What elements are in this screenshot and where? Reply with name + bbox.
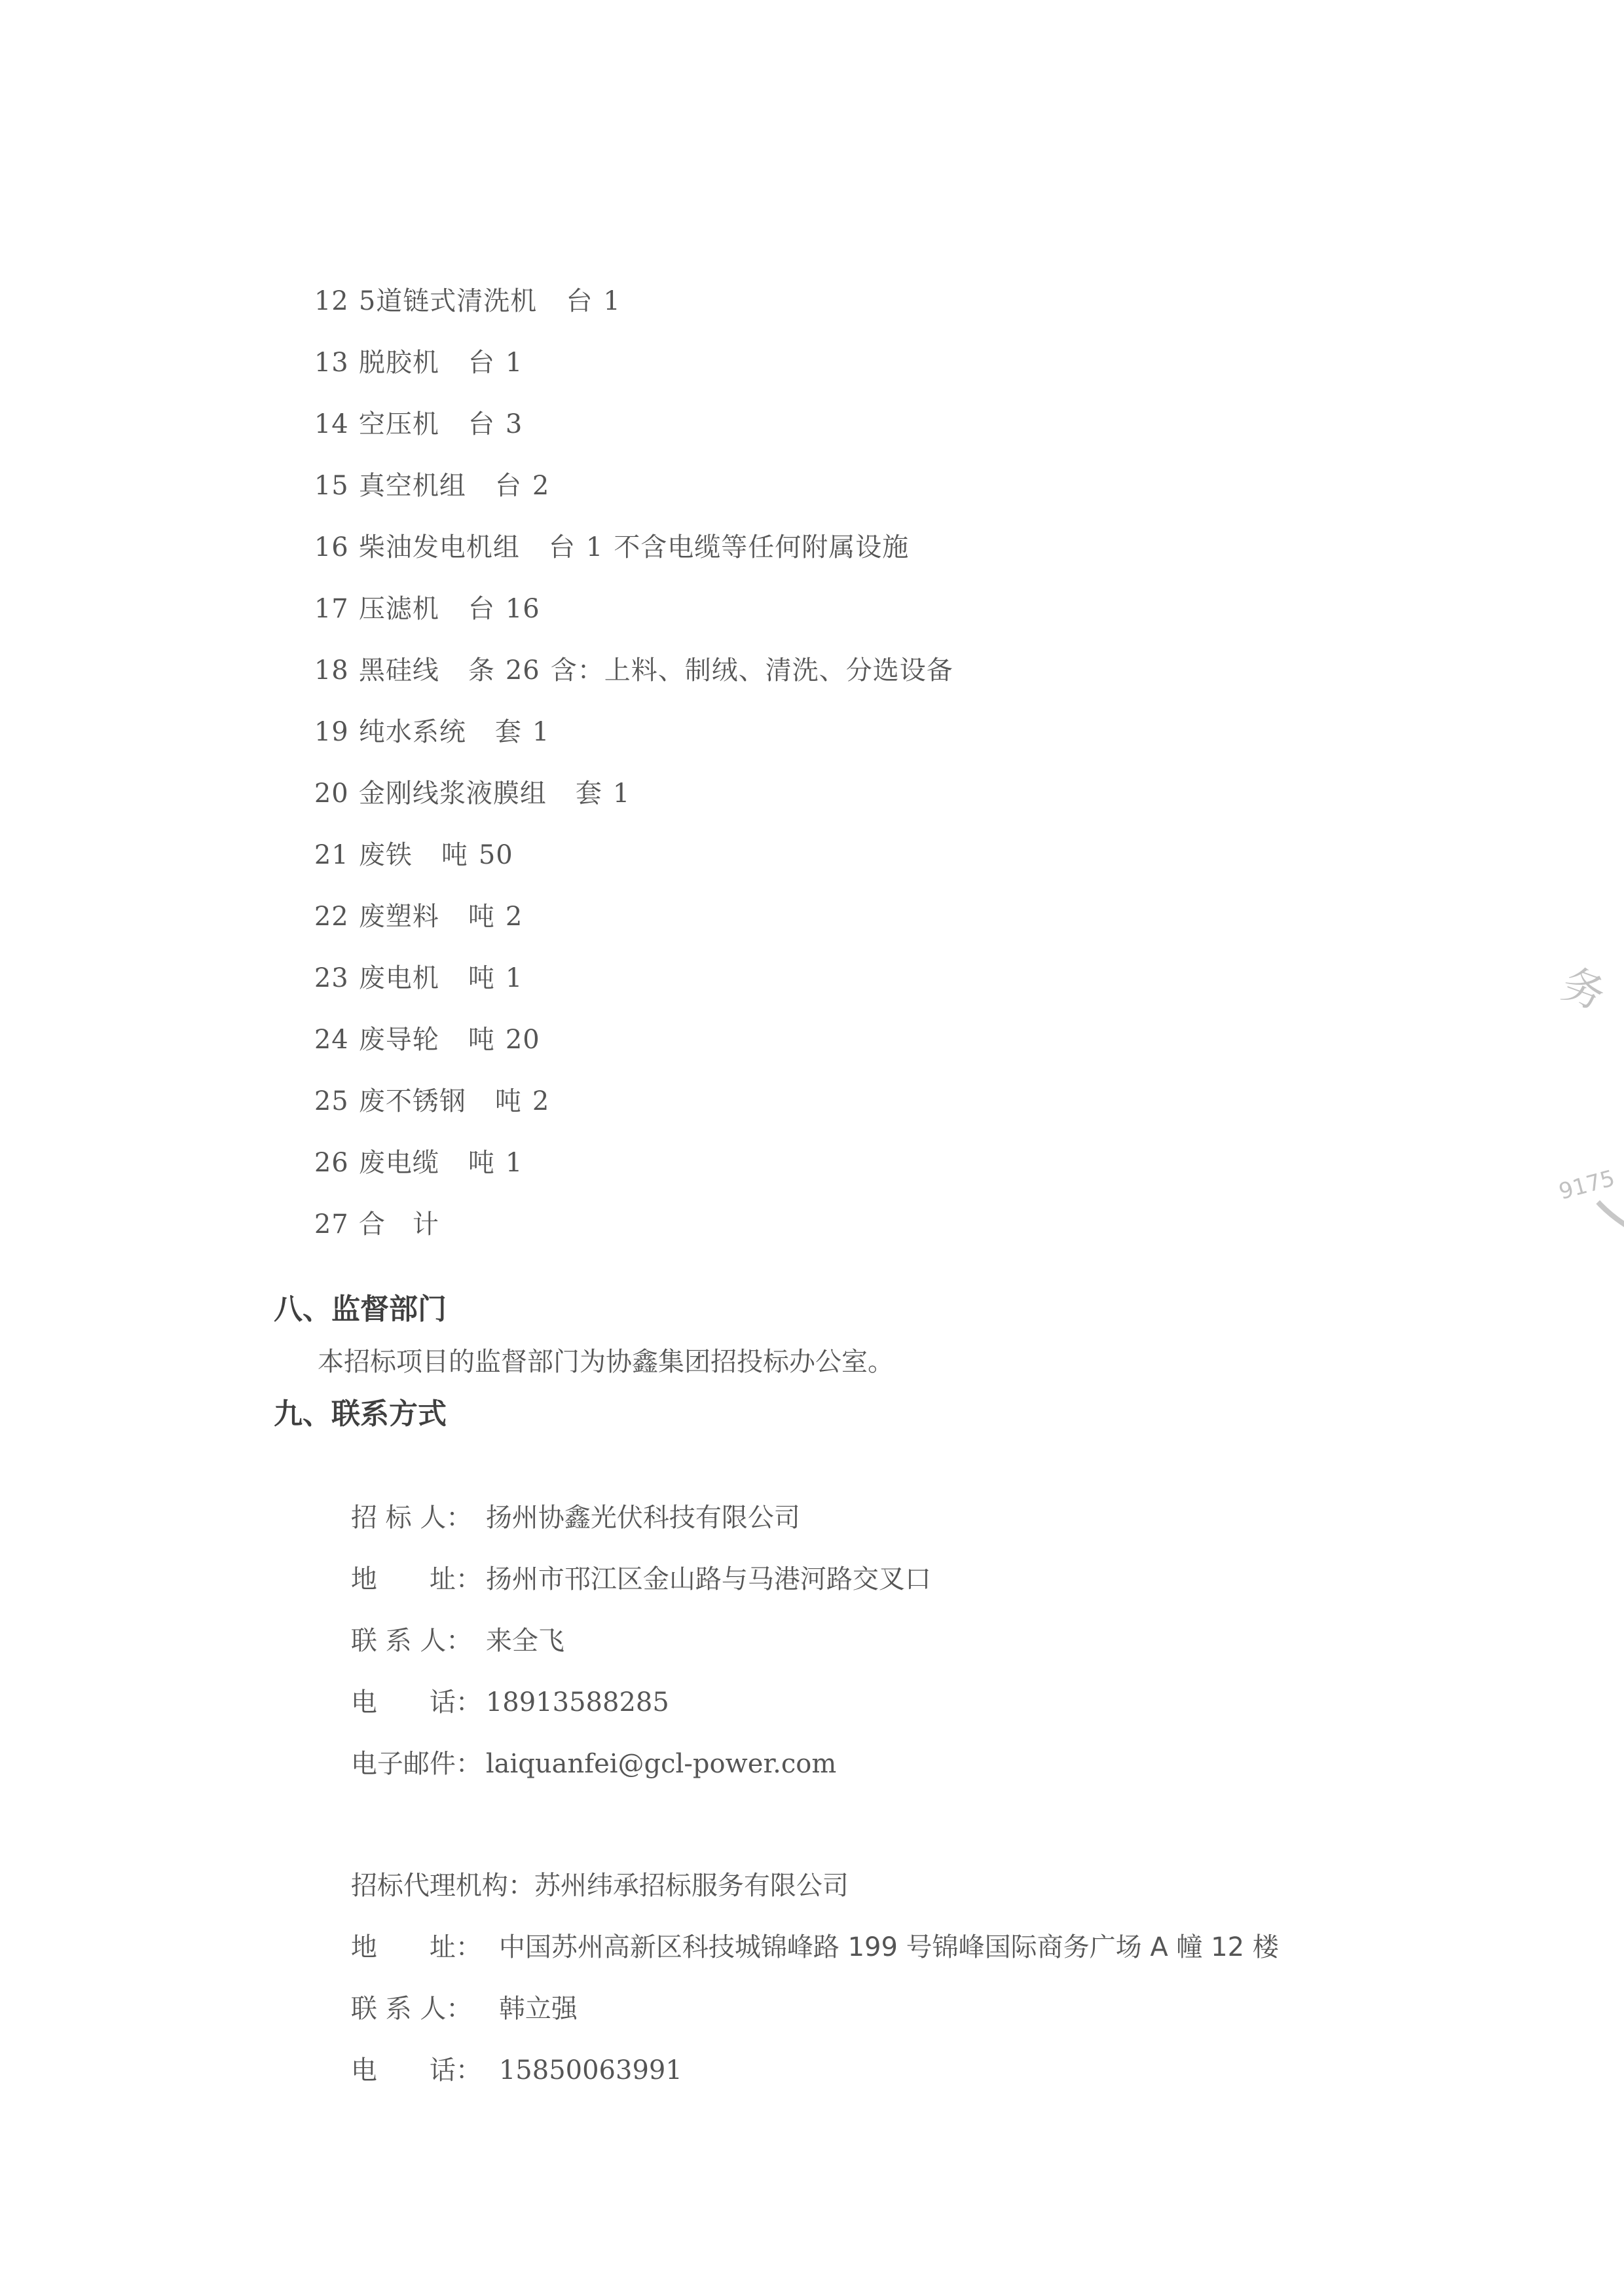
seal-stamp: 务 9175 [1552, 930, 1624, 1238]
item-unit: 套 [576, 774, 602, 813]
list-item: 18黑硅线条26含：上料、制绒、清洗、分选设备 [278, 612, 953, 651]
list-item: 14空压机台3 [278, 365, 533, 405]
tenderer-email-link[interactable]: laiquanfei@gcl-power.com [486, 1749, 836, 1779]
list-item: 21废铁吨50 [278, 796, 524, 835]
item-unit: 台 [566, 282, 593, 321]
field-label: 电子邮件： [351, 1744, 486, 1784]
item-qty: 2 [532, 1082, 549, 1121]
list-item: 16柴油发电机组台1不含电缆等任何附属设施 [278, 488, 909, 528]
list-item: 19纯水系统套1 [278, 673, 560, 712]
list-item: 17压滤机台16 [278, 550, 551, 589]
item-name: 合 计 [359, 1205, 439, 1244]
section-heading-contact: 九、联系方式 [274, 1395, 447, 1434]
document-page: 125道链式清洗机台1 13脱胶机台1 14空压机台3 15真空机组台2 16柴… [0, 0, 1624, 2295]
item-number: 27 [314, 1205, 359, 1244]
list-item: 22废塑料吨2 [278, 858, 533, 897]
list-item: 13脱胶机台1 [278, 304, 533, 343]
section-heading-supervision: 八、监督部门 [274, 1290, 447, 1329]
list-item: 24废导轮吨20 [278, 981, 551, 1020]
field-label: 电 话： [351, 2051, 499, 2090]
list-item: 125道链式清洗机台1 [278, 242, 631, 282]
item-qty: 1 [613, 774, 630, 813]
list-item: 15真空机组台2 [278, 427, 560, 466]
tenderer-email-row: 电子邮件：laiquanfei@gcl-power.com [318, 1705, 836, 1823]
item-qty: 1 [603, 282, 620, 321]
item-qty: 1 [506, 1143, 523, 1183]
item-unit: 台 [549, 528, 576, 567]
agent-phone-row: 电 话：15850063991 [318, 2011, 682, 2129]
item-unit: 吨 [468, 1143, 495, 1183]
agent-address: 中国苏州高新区科技城锦峰路 199 号锦峰国际商务广场 A 幢 12 楼 [499, 1932, 1279, 1962]
item-note: 不含电缆等任何附属设施 [614, 528, 909, 567]
list-item: 26废电缆吨1 [278, 1104, 533, 1143]
list-item: 25废不锈钢吨2 [278, 1042, 560, 1082]
item-qty: 1 [586, 528, 603, 567]
list-item-total: 27合 计 [278, 1166, 468, 1205]
agent-phone: 15850063991 [499, 2055, 682, 2085]
list-item: 20金刚线浆液膜组套1 [278, 735, 640, 774]
supervision-text: 本招标项目的监督部门为协鑫集团招投标办公室。 [318, 1342, 894, 1382]
list-item: 23废电机吨1 [278, 919, 533, 959]
item-note: 含：上料、制绒、清洗、分选设备 [551, 651, 953, 690]
